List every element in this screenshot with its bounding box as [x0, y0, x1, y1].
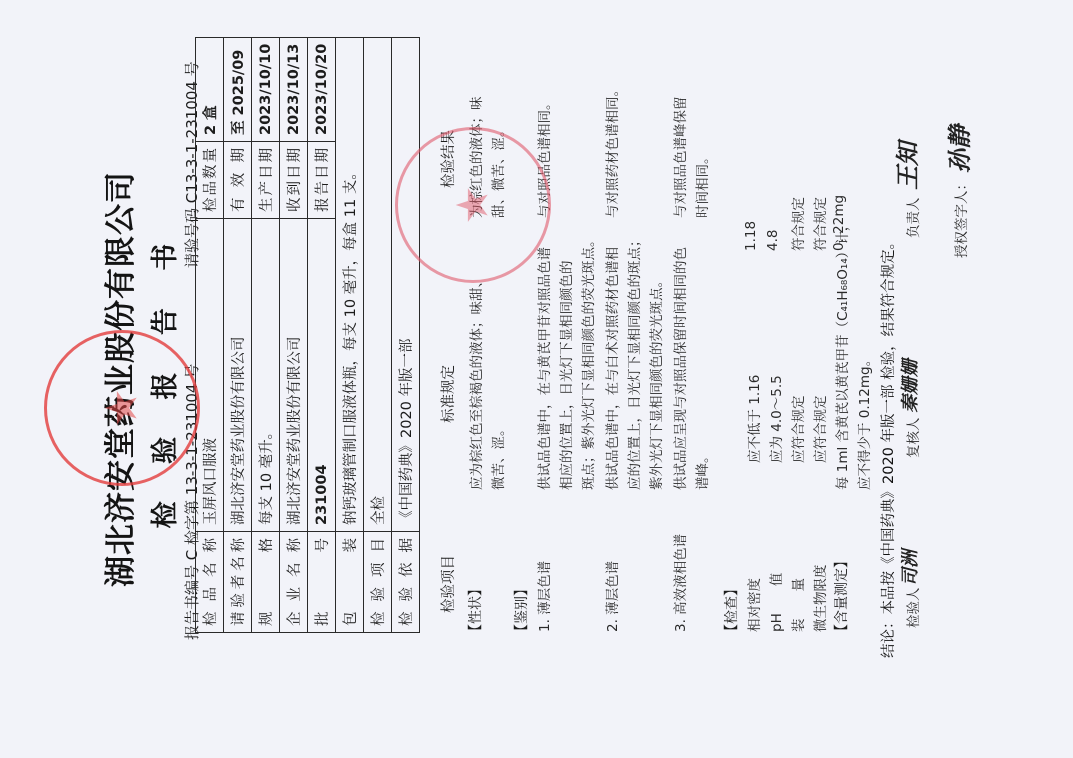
identification-3-result-line1: 与对照品色谱峰保留: [669, 97, 689, 219]
identification-3-standard-line2: 谱峰。: [691, 450, 711, 491]
label-test-basis: 检验依据: [392, 532, 420, 633]
section-identification-heading: 【鉴别】: [511, 582, 531, 638]
identification-2-standard-line2: 应的位置上，日光灯下显相同颜色的斑点；: [623, 234, 643, 491]
inspection-1-standard: 应不低于 1.16: [743, 375, 763, 463]
assay-standard-line1: 每 1ml 含黄芪以黄芪甲苷（C₄₁H₆₈O₁₄）计，: [831, 218, 851, 490]
inspection-3-name: 装 量: [787, 578, 807, 632]
inspector-signature: 司洲: [896, 550, 922, 586]
table-row: 规 格 每支 10 毫升。 生产日期 2023/10/10: [252, 37, 280, 632]
character-standard-line1: 应为棕红色至棕褐色的液体；味甜、: [465, 274, 485, 490]
section-inspection-heading: 【检查】: [721, 582, 741, 638]
table-row: 包 装 钠钙玻璃管制口服液体瓶，每支 10 毫升，每盒 11 支。: [336, 37, 364, 632]
column-heading-result: 检验结果: [437, 130, 458, 188]
character-standard-line2: 微苦、涩。: [487, 423, 507, 491]
table-row: 请验者名称 湖北济安堂药业股份有限公司 有 效 期 至 2025/09: [224, 37, 252, 632]
identification-1-name: 1. 薄层色谱: [533, 561, 553, 632]
assay-result: 0. 22mg: [831, 195, 847, 251]
inspector-label: 检验人: [902, 588, 922, 629]
inspection-2-standard: 应为 4.0～5.5: [765, 375, 785, 463]
value-packaging: 钠钙玻璃管制口服液体瓶，每支 10 毫升，每盒 11 支。: [336, 37, 364, 531]
value-requester: 湖北济安堂药业股份有限公司: [224, 219, 252, 532]
column-heading-item: 检验项目: [437, 555, 458, 613]
inspection-2-name: pH 值: [765, 573, 785, 632]
label-received-date: 收到日期: [280, 142, 308, 219]
report-title: 检 验 报 告 书: [143, 0, 182, 758]
identification-1-result: 与对照品色谱相同。: [533, 97, 553, 219]
value-test-basis: 《中国药典》2020 年版一部: [392, 37, 420, 531]
inspection-1-name: 相对密度: [743, 578, 763, 632]
table-row: 检验项目 全检: [364, 37, 392, 632]
company-title: 湖北济安堂药业股份有限公司: [95, 0, 140, 758]
identification-3-standard-line1: 供试品应呈现与对照品保留时间相同的色: [669, 247, 689, 490]
value-production-date: 2023/10/10: [252, 37, 280, 141]
responsible-label: 负责人: [902, 198, 922, 239]
inspection-4-result: 符合规定: [809, 197, 829, 251]
identification-1-standard-line2: 相应的位置上，日光灯下显相同颜色的: [555, 261, 575, 491]
identification-1-standard-line3: 斑点；紫外光灯下显相同颜色的荧光斑点。: [577, 234, 597, 491]
inspection-report-page: 湖北济安堂药业股份有限公司 检 验 报 告 书 报告书编号 C 检字第 13-3…: [0, 0, 1073, 758]
inspection-4-standard: 应符合规定: [809, 396, 829, 464]
section-character-heading: 【性状】: [465, 582, 485, 638]
label-spec: 规 格: [252, 532, 280, 633]
value-sample-quantity: 2 盒: [196, 37, 224, 141]
assay-standard-line2: 应不得少于 0.12mg。: [853, 353, 873, 490]
value-expiry: 至 2025/09: [224, 37, 252, 141]
table-row: 批 号 231004 报告日期 2023/10/20: [308, 37, 336, 632]
label-batch: 批 号: [308, 532, 336, 633]
value-enterprise: 湖北济安堂药业股份有限公司: [280, 219, 308, 532]
value-spec: 每支 10 毫升。: [252, 219, 280, 532]
authorized-signature: 孙静: [940, 125, 975, 173]
character-result-line1: 为棕红色的液体；味: [465, 97, 485, 219]
identification-2-standard-line3: 紫外光灯下显相同颜色的荧光斑点。: [645, 274, 665, 490]
sample-info-table: 检品名称 玉屏风口服液 检品数量 2 盒 请验者名称 湖北济安堂药业股份有限公司…: [195, 37, 420, 633]
inspection-3-standard: 应符合规定: [787, 396, 807, 464]
table-row: 检验依据 《中国药典》2020 年版一部: [392, 37, 420, 632]
label-report-date: 报告日期: [308, 142, 336, 219]
value-sample-name: 玉屏风口服液: [196, 219, 224, 532]
label-sample-quantity: 检品数量: [196, 142, 224, 219]
label-sample-name: 检品名称: [196, 532, 224, 633]
column-heading-standard: 标准规定: [437, 365, 458, 423]
character-result-line2: 甜、微苦、涩。: [487, 124, 507, 219]
value-report-date: 2023/10/20: [308, 37, 336, 141]
identification-2-standard-line1: 供试品色谱中，在与白术对照药材色谱相: [601, 247, 621, 490]
inspection-2-result: 4.8: [765, 230, 781, 251]
authorized-signer-label: 授权签字人：: [950, 177, 970, 258]
label-packaging: 包 装: [336, 532, 364, 633]
inspection-3-result: 符合规定: [787, 197, 807, 251]
reviewer-label: 复核人: [902, 418, 922, 459]
identification-1-standard-line1: 供试品色谱中，在与黄芪甲苷对照品色谱: [533, 247, 553, 490]
section-assay-heading: 【含量测定】: [831, 554, 851, 638]
inspection-4-name: 微生物限度: [809, 565, 829, 633]
identification-3-result-line2: 时间相同。: [691, 151, 711, 219]
inspection-1-result: 1.18: [743, 221, 759, 251]
label-requester: 请验者名称: [224, 532, 252, 633]
value-received-date: 2023/10/13: [280, 37, 308, 141]
label-enterprise: 企业名称: [280, 532, 308, 633]
identification-3-name: 3. 高效液相色谱: [669, 534, 689, 632]
table-row: 企业名称 湖北济安堂药业股份有限公司 收到日期 2023/10/13: [280, 37, 308, 632]
identification-2-result: 与对照药材色谱相同。: [601, 83, 621, 218]
label-expiry: 有 效 期: [224, 142, 252, 219]
table-row: 检品名称 玉屏风口服液 检品数量 2 盒: [196, 37, 224, 632]
responsible-signature: 王知: [888, 142, 923, 190]
value-test-items: 全检: [364, 37, 392, 531]
value-batch: 231004: [308, 219, 336, 532]
label-test-items: 检验项目: [364, 532, 392, 633]
identification-2-name: 2. 薄层色谱: [601, 561, 621, 632]
label-production-date: 生产日期: [252, 142, 280, 219]
reviewer-signature: 秦姗姗: [896, 359, 922, 413]
conclusion: 结论：本品按《中国药典》2020 年版一部 检验，结果符合规定。: [877, 235, 898, 658]
